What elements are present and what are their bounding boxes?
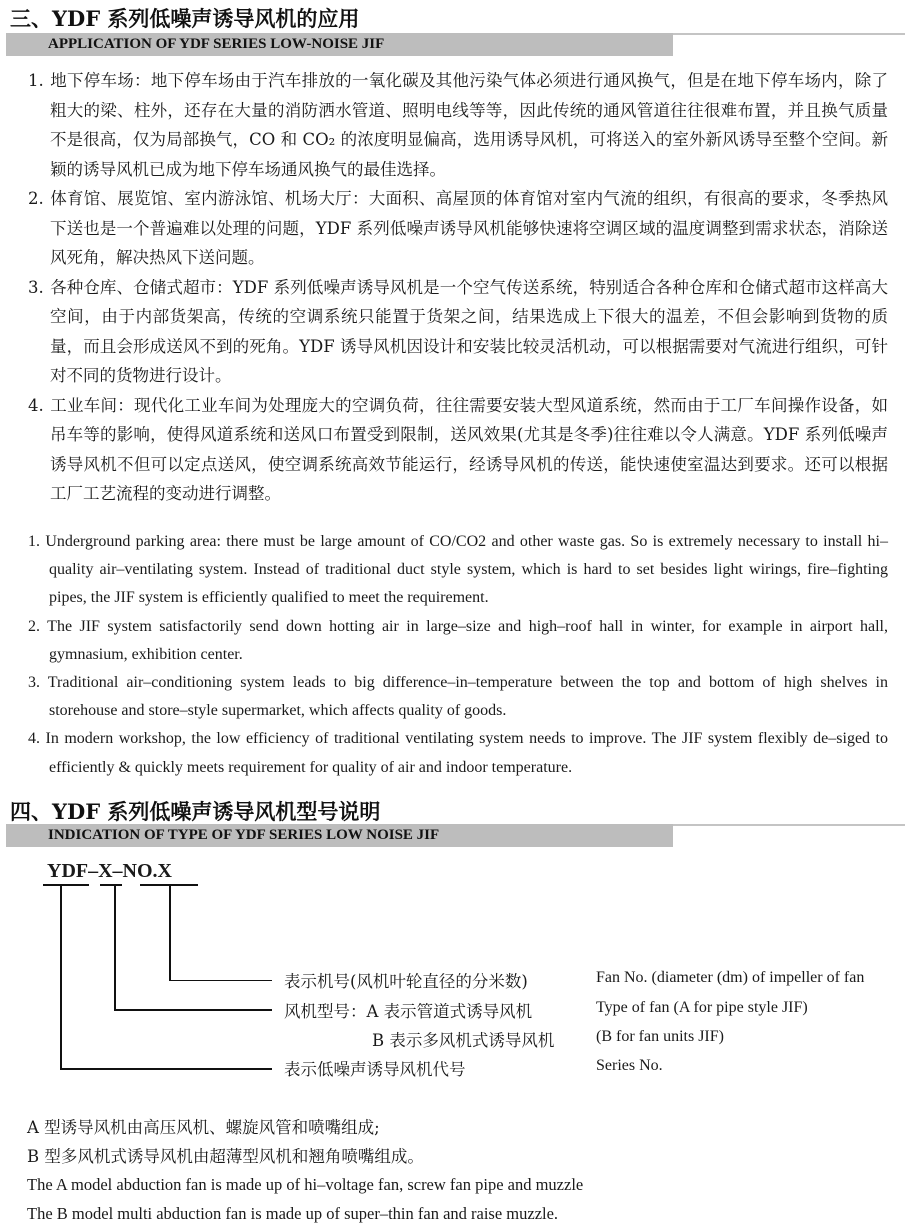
connector-no-v <box>169 884 171 981</box>
section3-title: 三、YDF 系列低噪声诱导风机的应用 <box>10 3 359 33</box>
section4-band-rule <box>673 824 905 826</box>
section3-cn-list: 1.地下停车场：地下停车场由于汽车排放的一氧化碳及其他污染气体必须进行通风换气，… <box>28 66 888 509</box>
cn-item-text: 体育馆、展览馆、室内游泳馆、机场大厅：大面积、高屋顶的体育馆对室内气流的组织，有… <box>50 189 888 267</box>
en-item-text: Traditional air–conditioning system lead… <box>48 674 888 719</box>
en-item-4: 4. In modern workshop, the low efficienc… <box>28 725 888 781</box>
legend-en-series: Series No. <box>596 1057 663 1075</box>
connector-type-v <box>114 884 116 1011</box>
legend-cn-type-a: 风机型号：A 表示管道式诱导风机 <box>284 998 532 1022</box>
cn-item-text: 各种仓库、仓储式超市：YDF 系列低噪声诱导风机是一个空气传送系统，特别适合各种… <box>50 278 888 386</box>
section4-band-title: INDICATION OF TYPE OF YDF SERIES LOW NOI… <box>48 824 439 847</box>
connector-series-h <box>60 1068 272 1070</box>
underline-type <box>100 884 122 886</box>
cn-item-1: 1.地下停车场：地下停车场由于汽车排放的一氧化碳及其他污染气体必须进行通风换气，… <box>28 66 888 184</box>
section3-en-list: 1. Underground parking area: there must … <box>28 528 888 782</box>
en-item-2: 2. The JIF system satisfactorily send do… <box>28 613 888 669</box>
section3-band-rule <box>673 33 905 35</box>
note-en-a: The A model abduction fan is made up of … <box>27 1171 887 1200</box>
connector-type-h <box>114 1009 272 1011</box>
en-item-text: Underground parking area: there must be … <box>45 533 888 606</box>
note-cn-b: B 型多风机式诱导风机由超薄型风机和翘角喷嘴组成。 <box>27 1142 887 1171</box>
legend-en-type-a: Type of fan (A for pipe style JIF) <box>596 999 808 1017</box>
legend-cn-series: 表示低噪声诱导风机代号 <box>284 1056 466 1080</box>
cn-item-text: 工业车间：现代化工业车间为处理庞大的空调负荷，往往需要安装大型风道系统，然而由于… <box>50 396 888 504</box>
cn-item-2: 2.体育馆、展览馆、室内游泳馆、机场大厅：大面积、高屋顶的体育馆对室内气流的组织… <box>28 184 888 273</box>
connector-no-h <box>169 980 272 981</box>
legend-cn-fan-no: 表示机号(风机叶轮直径的分米数) <box>284 968 528 992</box>
cn-item-3: 3.各种仓库、仓储式超市：YDF 系列低噪声诱导风机是一个空气传送系统，特别适合… <box>28 273 888 391</box>
legend-en-fan-no: Fan No. (diameter (dm) of impeller of fa… <box>596 969 864 987</box>
connector-series-v <box>60 884 62 1070</box>
legend-en-type-b: (B for fan units JIF) <box>596 1028 724 1046</box>
section3-band-title: APPLICATION OF YDF SERIES LOW-NOISE JIF <box>48 33 384 56</box>
cn-item-4: 4.工业车间：现代化工业车间为处理庞大的空调负荷，往往需要安装大型风道系统，然而… <box>28 391 888 509</box>
cn-item-text: 地下停车场：地下停车场由于汽车排放的一氧化碳及其他污染气体必须进行通风换气，但是… <box>50 71 888 179</box>
note-cn-a: A 型诱导风机由高压风机、螺旋风管和喷嘴组成; <box>27 1113 887 1142</box>
en-item-text: The JIF system satisfactorily send down … <box>47 618 888 663</box>
en-item-3: 3. Traditional air–conditioning system l… <box>28 669 888 725</box>
legend-cn-type-b: B 表示多风机式诱导风机 <box>372 1027 554 1051</box>
model-code: YDF–X–NO.X <box>47 860 172 883</box>
model-notes: A 型诱导风机由高压风机、螺旋风管和喷嘴组成; B 型多风机式诱导风机由超薄型风… <box>27 1113 887 1228</box>
en-item-text: In modern workshop, the low efficiency o… <box>46 730 889 775</box>
en-item-1: 1. Underground parking area: there must … <box>28 528 888 613</box>
note-en-b: The B model multi abduction fan is made … <box>27 1200 887 1229</box>
section4-title: 四、YDF 系列低噪声诱导风机型号说明 <box>10 796 380 826</box>
underline-ydf <box>43 884 89 886</box>
